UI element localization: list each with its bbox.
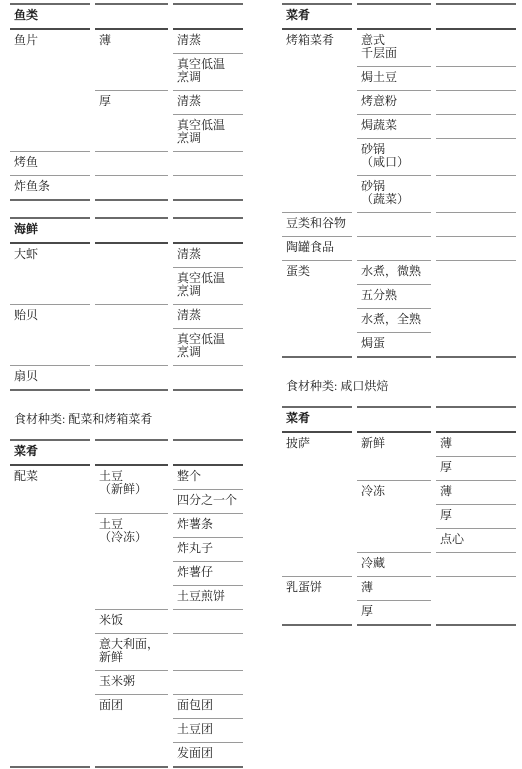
cell-empty — [173, 175, 243, 201]
cell-empty — [357, 3, 431, 30]
table-header-dishes: 菜肴 — [282, 3, 352, 30]
cell-frozen: 冷冻 — [357, 480, 431, 552]
cell-steamed: 清蒸 — [173, 304, 243, 328]
cell-sous-vide: 真空低温 烹调 — [173, 53, 243, 90]
left-column: 鱼类 鱼片 薄 清蒸 真空低温 烹调 厚 清蒸 真空低温 烹调 烤鱼 炸鱼条 海… — [10, 3, 243, 768]
cell-empty — [357, 406, 431, 433]
cell-fresh: 新鲜 — [357, 433, 431, 480]
cell-baked-eggs: 焗蛋 — [357, 332, 431, 358]
cell-empty — [173, 151, 243, 175]
cell-empty — [436, 236, 516, 260]
cell-pasta-fresh: 意大利面， 新鲜 — [95, 633, 168, 670]
cell-potatoes-fresh: 土豆 （新鲜） — [95, 466, 168, 513]
cell-rice: 米饭 — [95, 609, 168, 633]
cell-mussels: 贻贝 — [10, 304, 90, 365]
cell-potato-bites: 炸薯仔 — [173, 561, 243, 585]
cell-empty — [95, 439, 168, 466]
cell-thin: 薄 — [357, 576, 431, 600]
cell-thick: 厚 — [436, 456, 516, 480]
cell-boiled-soft: 水煮，微熟 — [357, 260, 431, 284]
cell-fries: 炸薯条 — [173, 513, 243, 537]
table-seafood: 海鲜 大虾 清蒸 真空低温 烹调 贻贝 清蒸 真空低温 烹调 扇贝 — [10, 217, 243, 391]
cell-empty — [436, 138, 516, 175]
cell-empty — [173, 609, 243, 633]
cell-thick: 厚 — [436, 504, 516, 528]
cell-scallops: 扇贝 — [10, 365, 90, 391]
cell-medium-done: 五分熟 — [357, 284, 431, 308]
cell-boiled-hard: 水煮，全熟 — [357, 308, 431, 332]
table-dishes-oven: 菜肴 烤箱菜肴 意式 千层面 焗土豆 烤意粉 焗蔬菜 砂锅 （咸口） 砂锅 （蔬… — [282, 3, 516, 358]
cell-sous-vide: 真空低温 烹调 — [173, 328, 243, 365]
cell-snack: 点心 — [436, 528, 516, 552]
cell-empty — [436, 114, 516, 138]
cell-steamed: 清蒸 — [173, 30, 243, 53]
cell-prawns: 大虾 — [10, 244, 90, 304]
cell-empty — [436, 30, 516, 66]
table-header-seafood: 海鲜 — [10, 217, 90, 244]
cell-empty — [95, 3, 168, 30]
cell-empty — [436, 406, 516, 433]
cell-empty — [436, 3, 516, 30]
cell-thin: 薄 — [436, 480, 516, 504]
cell-empty — [95, 151, 168, 175]
cell-casserole-vegetable: 砂锅 （蔬菜） — [357, 175, 431, 212]
cell-thick: 厚 — [95, 90, 168, 151]
cell-croquettes: 炸丸子 — [173, 537, 243, 561]
cell-fish-sticks: 炸鱼条 — [10, 175, 90, 201]
cell-lasagne: 意式 千层面 — [357, 30, 431, 66]
section-caption-sides-oven-dishes: 食材种类: 配菜和烤箱菜肴 — [10, 413, 243, 426]
cell-empty — [357, 236, 431, 260]
table-header-dishes: 菜肴 — [282, 406, 352, 433]
right-column: 菜肴 烤箱菜肴 意式 千层面 焗土豆 烤意粉 焗蔬菜 砂锅 （咸口） 砂锅 （蔬… — [282, 3, 516, 768]
cell-casserole-savoury: 砂锅 （咸口） — [357, 138, 431, 175]
cell-empty — [357, 212, 431, 236]
cell-steamed: 清蒸 — [173, 244, 243, 267]
cell-empty — [436, 212, 516, 236]
cell-empty — [173, 439, 243, 466]
cell-legumes-grains: 豆类和谷物 — [282, 212, 352, 236]
cell-empty — [436, 90, 516, 114]
cell-potato-gratin: 焗土豆 — [357, 66, 431, 90]
table-dishes-sides: 菜肴 配菜 土豆 （新鲜） 整个 四分之一个 土豆 （冷冻） 炸薯条 炸丸子 炸… — [10, 439, 243, 768]
cell-thin: 薄 — [436, 433, 516, 456]
cell-steamed: 清蒸 — [173, 90, 243, 114]
cell-empty — [436, 260, 516, 358]
cell-pasta-bake: 烤意粉 — [357, 90, 431, 114]
cell-empty — [95, 244, 168, 304]
cell-quartered: 四分之一个 — [173, 489, 243, 513]
cell-empty — [95, 175, 168, 201]
cell-empty — [95, 365, 168, 391]
table-dishes-baking: 菜肴 披萨 新鲜 薄 厚 冷冻 薄 厚 点心 冷藏 乳蛋饼 薄 厚 — [282, 406, 516, 626]
cell-sous-vide: 真空低温 烹调 — [173, 267, 243, 304]
cell-empty — [173, 633, 243, 670]
cell-side-dishes: 配菜 — [10, 466, 90, 768]
cell-dough: 面团 — [95, 694, 168, 768]
cell-oven-dishes: 烤箱菜肴 — [282, 30, 352, 212]
cell-polenta: 玉米粥 — [95, 670, 168, 694]
cell-empty — [436, 552, 516, 576]
cell-pizza: 披萨 — [282, 433, 352, 576]
cell-empty — [173, 217, 243, 244]
cell-potatoes-frozen: 土豆 （冷冻） — [95, 513, 168, 609]
cell-yeast-dough: 发面团 — [173, 742, 243, 768]
table-header-dishes: 菜肴 — [10, 439, 90, 466]
cell-thin: 薄 — [95, 30, 168, 90]
cell-bread-dough: 面包团 — [173, 694, 243, 718]
cell-empty — [173, 3, 243, 30]
cell-eggs: 蛋类 — [282, 260, 352, 358]
cell-empty — [173, 670, 243, 694]
cell-terrine: 陶罐食品 — [282, 236, 352, 260]
cell-sous-vide: 真空低温 烹调 — [173, 114, 243, 151]
cell-vegetable-gratin: 焗蔬菜 — [357, 114, 431, 138]
cell-quiche: 乳蛋饼 — [282, 576, 352, 626]
cell-empty — [173, 365, 243, 391]
cell-whole: 整个 — [173, 466, 243, 489]
cell-hash-browns: 土豆煎饼 — [173, 585, 243, 609]
cell-empty — [436, 175, 516, 212]
cell-fish-fillet: 鱼片 — [10, 30, 90, 151]
table-fish: 鱼类 鱼片 薄 清蒸 真空低温 烹调 厚 清蒸 真空低温 烹调 烤鱼 炸鱼条 — [10, 3, 243, 201]
cell-grilled-fish: 烤鱼 — [10, 151, 90, 175]
table-header-fish: 鱼类 — [10, 3, 90, 30]
cell-empty — [436, 576, 516, 626]
cell-thick: 厚 — [357, 600, 431, 626]
manual-page: 鱼类 鱼片 薄 清蒸 真空低温 烹调 厚 清蒸 真空低温 烹调 烤鱼 炸鱼条 海… — [0, 0, 522, 768]
cell-potato-dough: 土豆团 — [173, 718, 243, 742]
cell-empty — [95, 304, 168, 365]
cell-chilled: 冷藏 — [357, 552, 431, 576]
cell-empty — [95, 217, 168, 244]
cell-empty — [436, 66, 516, 90]
section-caption-savoury-baking: 食材种类: 咸口烘焙 — [282, 380, 516, 393]
